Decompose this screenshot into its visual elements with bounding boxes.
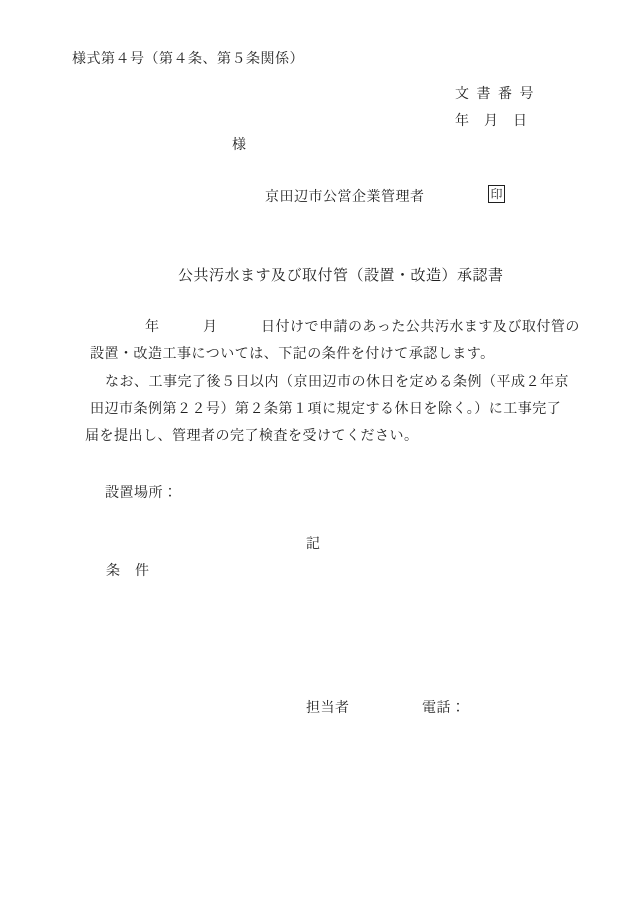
body-line: 設置・改造工事については、下記の条件を付けて承認します。 <box>90 343 495 363</box>
installation-location-label: 設置場所： <box>105 482 178 502</box>
seal-character: 印 <box>490 188 502 200</box>
document-number-label: 文 書 番 号 <box>455 83 536 103</box>
issuer-name: 京田辺市公営企業管理者 <box>265 186 425 206</box>
date-label: 年 月 日 <box>455 110 528 130</box>
document-page: 様式第４号（第４条、第５条関係） 文 書 番 号 年 月 日 様 京田辺市公営企… <box>0 0 630 903</box>
seal-stamp-box: 印 <box>488 185 505 203</box>
body-line: 田辺市条例第２２号）第２条第１項に規定する休日を除く。）に工事完了 <box>90 398 561 418</box>
conditions-label: 条 件 <box>106 560 150 580</box>
record-marker: 記 <box>306 533 321 553</box>
body-line: 年 月 日付けで申請のあった公共汚水ます及び取付管の <box>145 316 580 336</box>
body-line: なお、工事完了後５日以内（京田辺市の休日を定める条例（平成２年京 <box>105 371 569 391</box>
addressee-suffix: 様 <box>232 134 247 154</box>
body-line: 届を提出し、管理者の完了検査を受けてください。 <box>85 425 419 445</box>
form-number: 様式第４号（第４条、第５条関係） <box>72 48 304 68</box>
document-title: 公共汚水ます及び取付管（設置・改造）承認書 <box>178 264 504 285</box>
phone-label: 電話： <box>422 697 466 717</box>
staff-label: 担当者 <box>306 697 350 717</box>
